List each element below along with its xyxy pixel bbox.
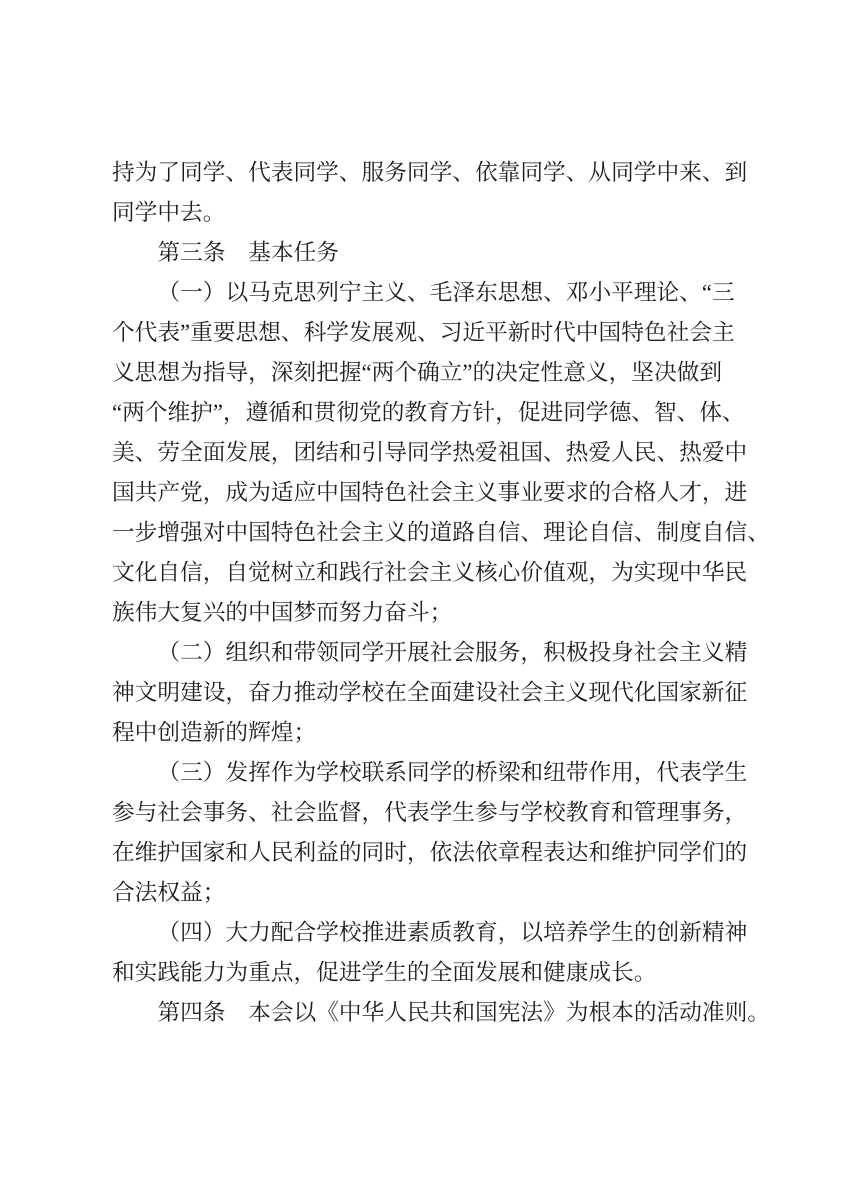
text-line: 义思想为指导，深刻把握“两个确立”的决定性意义，坚决做到	[112, 353, 748, 393]
text-line: 和实践能力为重点，促进学生的全面发展和健康成长。	[112, 953, 748, 993]
text-line: 个代表”重要思想、科学发展观、习近平新时代中国特色社会主	[112, 313, 748, 353]
text-line: 文化自信，自觉树立和践行社会主义核心价值观，为实现中华民	[112, 553, 748, 593]
text-line: 族伟大复兴的中国梦而努力奋斗；	[112, 593, 748, 633]
text-line: 在维护国家和人民利益的同时，依法依章程表达和维护同学们的	[112, 833, 748, 873]
text-line: 第三条 基本任务	[112, 233, 748, 273]
text-line: （四）大力配合学校推进素质教育，以培养学生的创新精神	[112, 913, 748, 953]
document-page: 持为了同学、代表同学、服务同学、依靠同学、从同学中来、到同学中去。第三条 基本任…	[0, 0, 849, 1200]
text-line: 程中创造新的辉煌；	[112, 713, 748, 753]
text-line: 美、劳全面发展，团结和引导同学热爱祖国、热爱人民、热爱中	[112, 433, 748, 473]
text-line: 一步增强对中国特色社会主义的道路自信、理论自信、制度自信、	[112, 513, 748, 553]
text-line: （二）组织和带领同学开展社会服务，积极投身社会主义精	[112, 633, 748, 673]
text-line: （一）以马克思列宁主义、毛泽东思想、邓小平理论、“三	[112, 273, 748, 313]
document-body: 持为了同学、代表同学、服务同学、依靠同学、从同学中来、到同学中去。第三条 基本任…	[112, 153, 748, 1033]
text-line: 同学中去。	[112, 193, 748, 233]
text-line: “两个维护”，遵循和贯彻党的教育方针，促进同学德、智、体、	[112, 393, 748, 433]
text-line: 合法权益；	[112, 873, 748, 913]
text-line: 第四条 本会以《中华人民共和国宪法》为根本的活动准则。	[112, 993, 748, 1033]
text-line: 持为了同学、代表同学、服务同学、依靠同学、从同学中来、到	[112, 153, 748, 193]
text-line: 神文明建设，奋力推动学校在全面建设社会主义现代化国家新征	[112, 673, 748, 713]
text-line: 国共产党，成为适应中国特色社会主义事业要求的合格人才，进	[112, 473, 748, 513]
text-line: （三）发挥作为学校联系同学的桥梁和纽带作用，代表学生	[112, 753, 748, 793]
text-line: 参与社会事务、社会监督，代表学生参与学校教育和管理事务，	[112, 793, 748, 833]
